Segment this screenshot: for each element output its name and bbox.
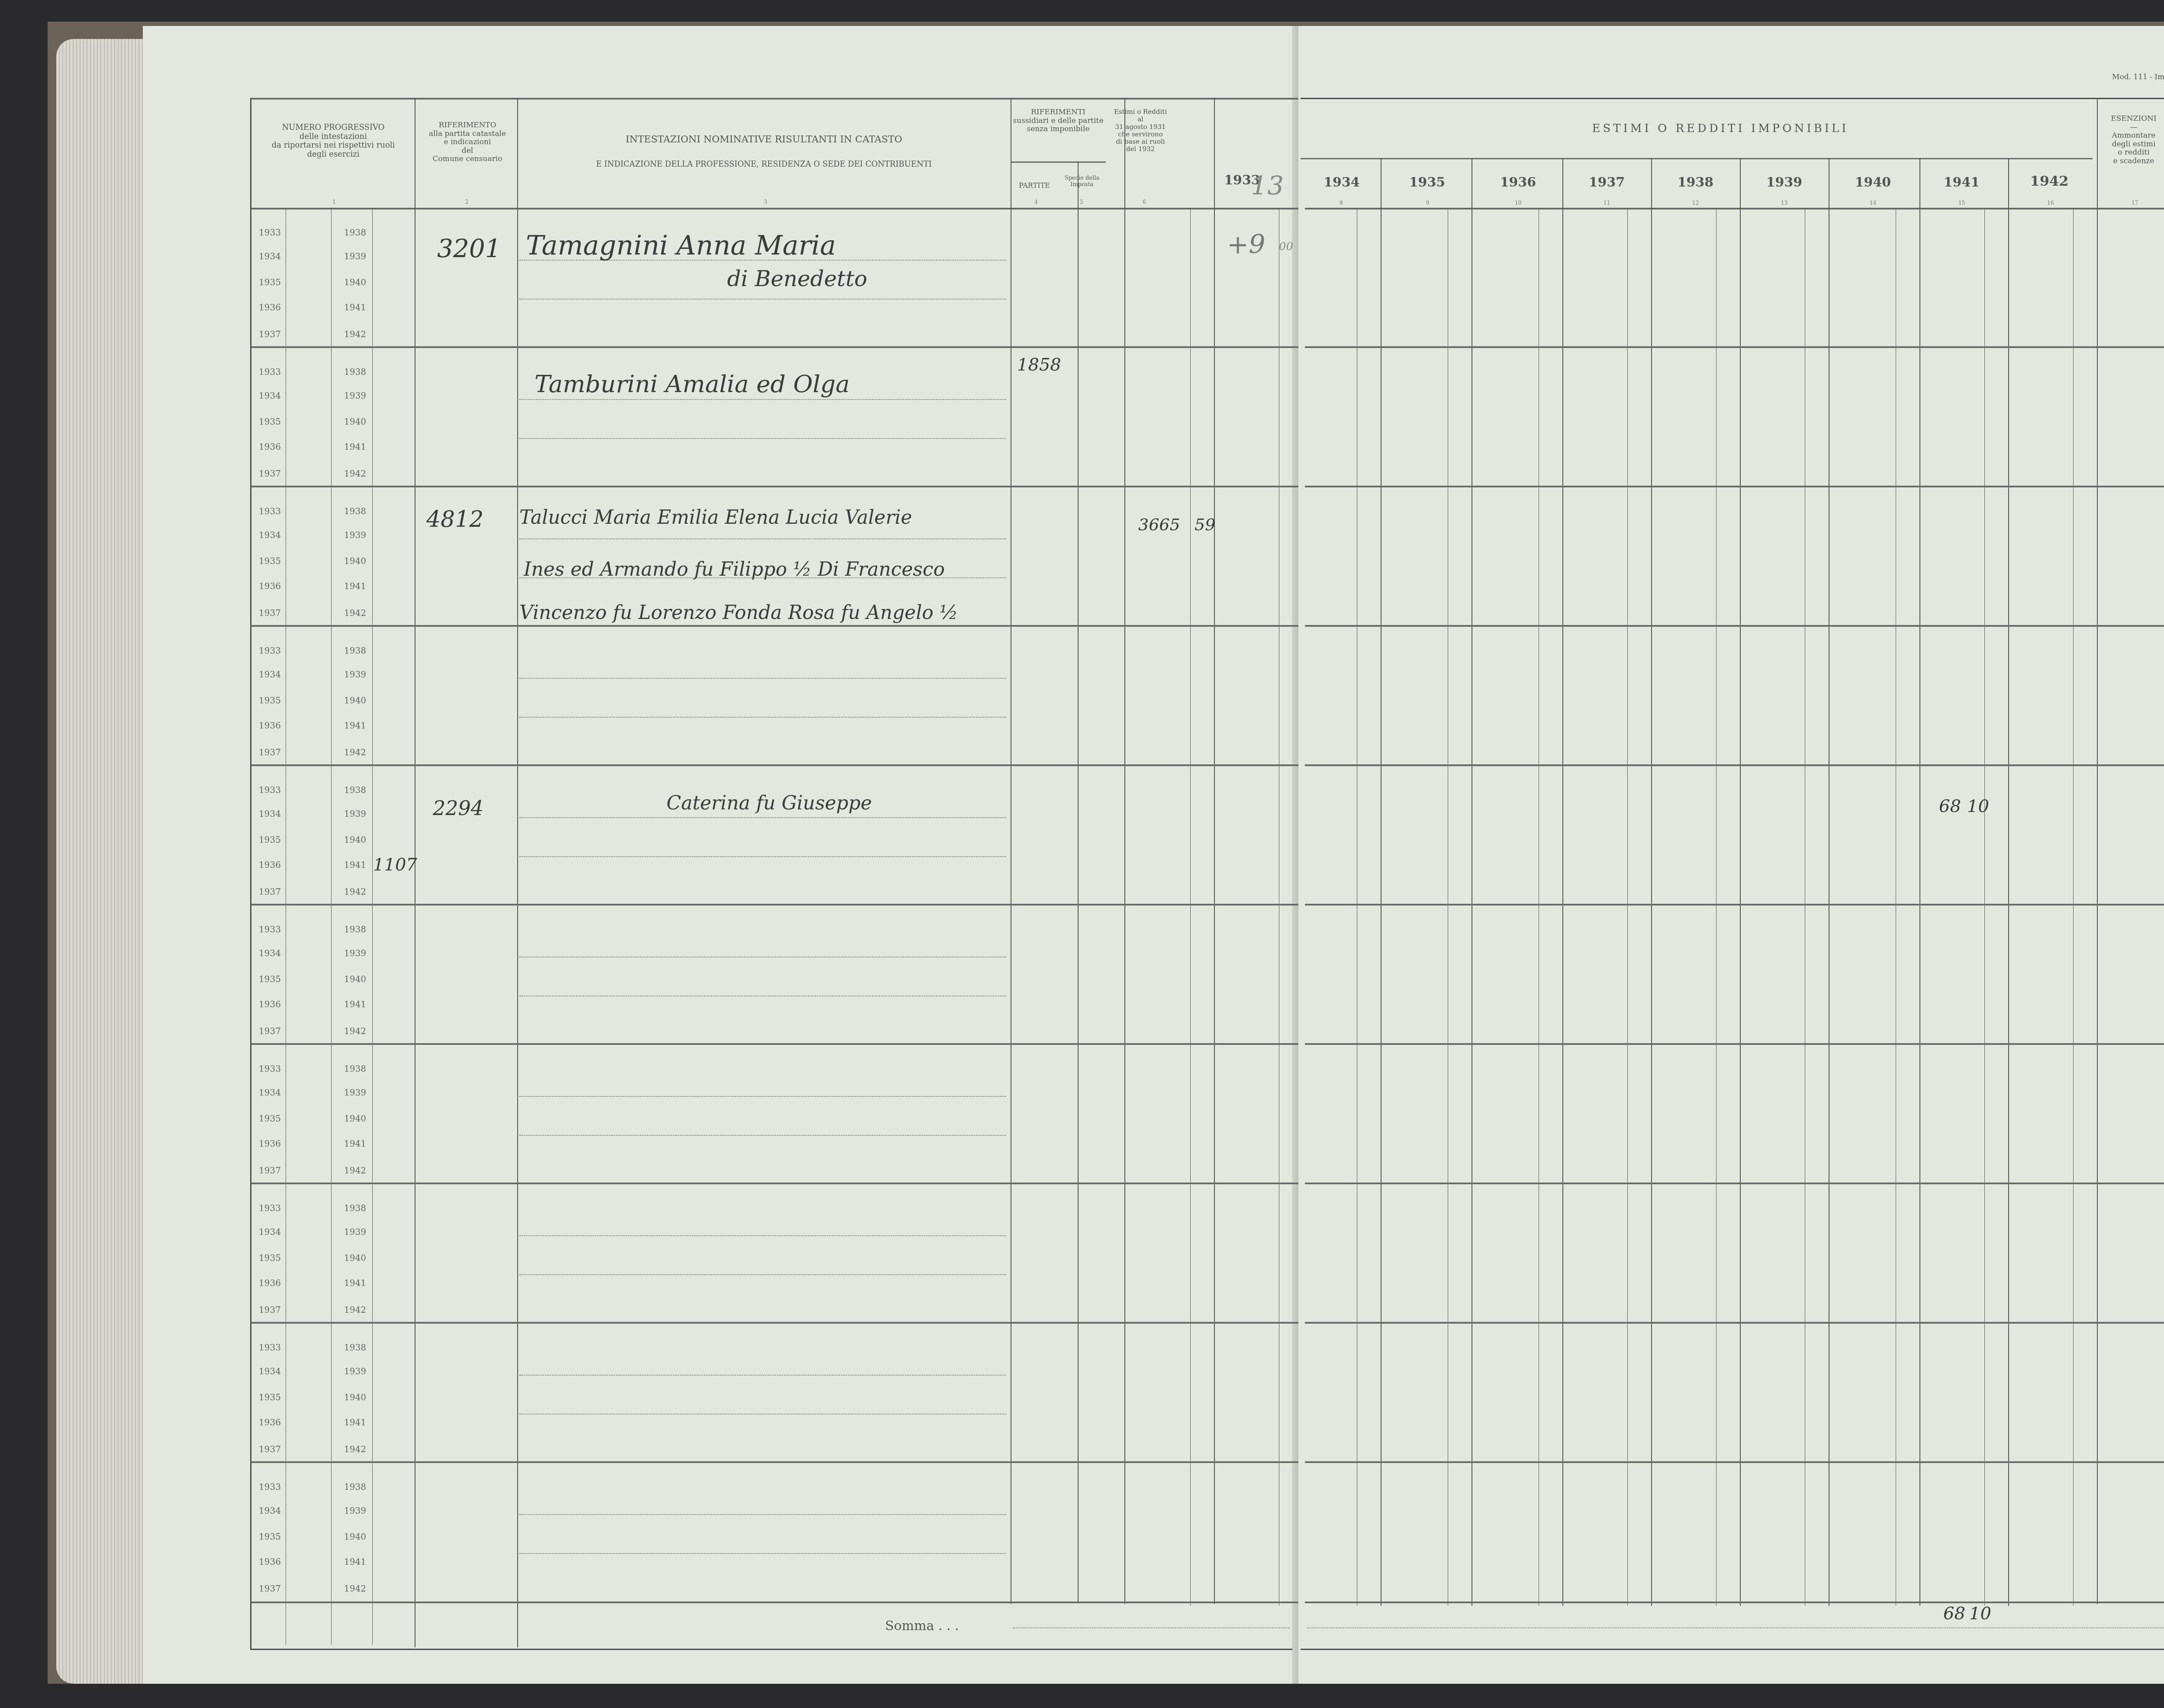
esenzioni-sub: degli estimi [2095, 140, 2164, 149]
year-label: 1937 [259, 1444, 281, 1454]
entry-5-name: Caterina fu Giuseppe [667, 792, 872, 814]
year-label: 1935 [259, 835, 281, 845]
group-divider [1301, 158, 2093, 159]
col-divider [1716, 208, 1716, 1606]
block-rule [1305, 486, 2164, 487]
col3-header: INTESTAZIONI NOMINATIVE RISULTANTI IN CA… [519, 134, 1008, 169]
year-label: 1941 [344, 302, 366, 313]
year-label: 1940 [344, 1392, 366, 1402]
year-label: 1933 [259, 1203, 281, 1213]
entry-3-estimo-1932-cents: 59 [1195, 515, 1215, 534]
col1-sub: delle intestazioni [253, 132, 413, 142]
header-bottom-rule [1305, 208, 2164, 209]
year-label: 1935 [259, 416, 281, 427]
year-label: 1934 [259, 1227, 281, 1237]
col-divider [2008, 158, 2009, 1606]
somma-line-right [1307, 1627, 2164, 1629]
year-label: 1936 [259, 999, 281, 1009]
somma-line [1013, 1627, 1290, 1629]
year-label: 1933 [259, 924, 281, 935]
year-label: 1938 [344, 1063, 366, 1074]
year-label: 1939 [344, 251, 366, 261]
block-rule [251, 625, 1298, 627]
col1-title: NUMERO PROGRESSIVO [253, 123, 413, 132]
year-label: 1933 [259, 506, 281, 516]
year-label: 1938 [344, 367, 366, 377]
entry-3-name-line-1: Talucci Maria Emilia Elena Lucia Valerie [519, 506, 912, 529]
entry-2-name: Tamburini Amalia ed Olga [535, 370, 850, 398]
col2-header: RIFERIMENTO alla partita catastale e ind… [418, 121, 517, 164]
header-bottom-rule [251, 208, 1298, 209]
col-divider [1190, 208, 1191, 1606]
year-label: 1937 [259, 747, 281, 757]
year-label: 1940 [344, 1531, 366, 1542]
col4-number: 4 [1034, 199, 1038, 205]
year-label: 1938 [344, 1482, 366, 1492]
col-divider [1214, 98, 1215, 1604]
col-divider [2073, 208, 2074, 1606]
year-label: 1937 [259, 468, 281, 479]
block-rule [1305, 1602, 2164, 1603]
esenzioni-sub: e scadenze [2095, 157, 2164, 166]
year-label: 1936 [259, 302, 281, 313]
year-label: 1942 [344, 1165, 366, 1176]
col5-header: Specie della Imposta [1060, 175, 1104, 188]
year-label: 1934 [259, 1366, 281, 1376]
year-label: 1933 [259, 785, 281, 795]
col2-sub: Comune censuario [418, 155, 517, 164]
year-col-1935: 1935 [1383, 175, 1472, 190]
year-label: 1938 [344, 227, 366, 238]
year-col-1938: 1938 [1651, 175, 1740, 190]
col-divider [2097, 98, 2098, 1604]
year-label: 1935 [259, 1113, 281, 1124]
year-col-1940: 1940 [1829, 175, 1917, 190]
name-line [519, 399, 1006, 401]
year-label: 1939 [344, 948, 366, 958]
year-label: 1934 [259, 530, 281, 540]
esenzioni-sub: Ammontare [2095, 132, 2164, 140]
block-rule [1305, 625, 2164, 627]
name-line [519, 1274, 1006, 1276]
year-label: 1933 [259, 227, 281, 238]
block-rule [251, 1461, 1298, 1463]
year-label: 1933 [259, 1482, 281, 1492]
name-line [519, 1235, 1006, 1237]
col-divider [1124, 98, 1125, 1604]
year-label: 1936 [259, 1138, 281, 1149]
col1-number: 1 [332, 199, 336, 205]
somma-label: Somma . . . [885, 1619, 959, 1634]
year-label: 1939 [344, 669, 366, 680]
esenzioni-header: ESENZIONI — Ammontare degli estimi o red… [2095, 115, 2164, 165]
col-number: 11 [1604, 200, 1610, 206]
col6-sub: al [1108, 116, 1173, 123]
year-label: 1939 [344, 1227, 366, 1237]
year-label: 1934 [259, 1087, 281, 1098]
year-label: 1938 [344, 924, 366, 935]
entry-1-partita: 3201 [437, 234, 501, 263]
year-label: 1938 [344, 1203, 366, 1213]
year-label: 1936 [259, 1557, 281, 1567]
year-label: 1941 [344, 1138, 366, 1149]
block-rule [251, 486, 1298, 487]
entry-2-partite-ref: 1858 [1017, 355, 1061, 375]
year-label: 1936 [259, 1278, 281, 1288]
entry-3-estimo-1932: 3665 [1138, 515, 1180, 534]
col-number: 15 [1958, 200, 1965, 206]
col-divider [1562, 158, 1563, 1606]
col6-sub: del 1932 [1108, 145, 1173, 153]
col-number: 10 [1515, 200, 1521, 206]
year-label: 1942 [344, 468, 366, 479]
year-label: 1935 [259, 1253, 281, 1263]
year-label: 1942 [344, 1305, 366, 1315]
year-label: 1942 [344, 329, 366, 339]
name-line [519, 957, 1006, 958]
year-label: 1938 [344, 1342, 366, 1353]
year-label: 1933 [259, 1342, 281, 1353]
block-rule [251, 346, 1298, 348]
name-line [519, 717, 1006, 719]
year-label: 1939 [344, 530, 366, 540]
col6-title: Estimi o Redditi [1108, 108, 1173, 116]
name-line [519, 1414, 1006, 1415]
year-col-1939: 1939 [1740, 175, 1829, 190]
year-label: 1938 [344, 506, 366, 516]
year-label: 1940 [344, 277, 366, 287]
year-label: 1933 [259, 645, 281, 656]
col-divider [1448, 208, 1448, 1606]
col-divider [1472, 158, 1472, 1606]
col-divider [1651, 158, 1652, 1606]
form-code: Mod. 111 - Imposte Dirette (Intercalare)… [2112, 73, 2164, 81]
somma-value-1941: 68 [1943, 1604, 1965, 1624]
year-label: 1934 [259, 809, 281, 819]
year-label: 1940 [344, 1113, 366, 1124]
col-divider [517, 98, 518, 1647]
col-number: 14 [1870, 200, 1876, 206]
block-rule [251, 1322, 1298, 1324]
esenzioni-dash: — [2095, 123, 2164, 132]
year-label: 1942 [344, 1026, 366, 1036]
col45-title: RIFERIMENTI [1011, 108, 1106, 117]
name-line [519, 1135, 1006, 1137]
block-rule [251, 1043, 1298, 1045]
year-label: 1938 [344, 785, 366, 795]
col-number: 17 [2132, 200, 2138, 206]
year-label: 1941 [344, 442, 366, 452]
entry-3-name-line-2: Ines ed Armando fu Filippo ½ Di Francesc… [524, 558, 945, 580]
col2-title: RIFERIMENTO [418, 121, 517, 130]
name-line [519, 996, 1006, 997]
year-label: 1939 [344, 1366, 366, 1376]
col-divider [1740, 158, 1741, 1606]
year-label: 1940 [344, 416, 366, 427]
year-label: 1934 [259, 251, 281, 261]
year-label: 1940 [344, 695, 366, 706]
year-label: 1937 [259, 886, 281, 897]
somma-value-1941-cents: 10 [1969, 1604, 1991, 1624]
year-label: 1937 [259, 329, 281, 339]
col2-number: 2 [465, 199, 469, 205]
col-divider [1011, 98, 1011, 1604]
col3-number: 3 [764, 199, 767, 205]
col45-header: RIFERIMENTI sussidiari e delle partite s… [1011, 108, 1106, 134]
year-label: 1935 [259, 277, 281, 287]
col6-sub: di base ai ruoli [1108, 138, 1173, 145]
col-divider [1896, 208, 1896, 1606]
year-label: 1942 [344, 747, 366, 757]
right-ledger-table [1301, 98, 2164, 1650]
col2-sub: alla partita catastale [418, 130, 517, 139]
year-label: 1941 [344, 999, 366, 1009]
block-rule [251, 764, 1298, 766]
year-label: 1940 [344, 835, 366, 845]
header-divider [1011, 161, 1106, 163]
block-rule [251, 1183, 1298, 1184]
col45-sub: senza imponibile [1011, 125, 1106, 134]
col45-sub: sussidiari e delle partite [1011, 117, 1106, 126]
col-divider [372, 208, 373, 1645]
form-code-text: Mod. 111 - Imposte Dirette [2112, 73, 2164, 81]
year-col-1942: 1942 [2006, 173, 2093, 189]
year-label: 1936 [259, 442, 281, 452]
name-line [519, 1553, 1006, 1555]
col6-number: 6 [1143, 199, 1146, 205]
group-title: ESTIMI O REDDITI IMPONIBILI [1342, 122, 2099, 135]
year-label: 1935 [259, 695, 281, 706]
block-rule [1305, 346, 2164, 348]
col-number: 16 [2047, 200, 2054, 206]
entry-1-name-line-2: di Benedetto [727, 266, 867, 291]
entry-1-value-1933-cents: 00 [1279, 240, 1293, 253]
year-label: 1934 [259, 669, 281, 680]
year-label: 1933 [259, 1063, 281, 1074]
entry-1-name-line-1: Tamagnini Anna Maria [526, 229, 836, 261]
col-number: 13 [1781, 200, 1787, 206]
esenzioni-title: ESENZIONI [2095, 115, 2164, 123]
col6-sub: 31 agosto 1931 [1108, 123, 1173, 131]
block-rule [1305, 904, 2164, 906]
year-label: 1936 [259, 860, 281, 870]
year-label: 1942 [344, 1583, 366, 1594]
year-label: 1939 [344, 809, 366, 819]
col-divider [1984, 208, 1985, 1606]
col6-sub: che servirono [1108, 131, 1173, 138]
block-rule [251, 904, 1298, 906]
year-col-1934: 1934 [1303, 175, 1381, 190]
year-label: 1933 [259, 367, 281, 377]
col-divider [1919, 158, 1920, 1606]
year-label: 1937 [259, 1583, 281, 1594]
esenzioni-sub: o redditi [2095, 148, 2164, 157]
year-label: 1939 [344, 1087, 366, 1098]
col-divider [331, 208, 332, 1645]
name-line [519, 1514, 1006, 1516]
year-label: 1941 [344, 1278, 366, 1288]
year-label: 1941 [344, 720, 366, 731]
block-rule [1305, 1461, 2164, 1463]
year-label: 1942 [344, 1444, 366, 1454]
col-number: 12 [1692, 200, 1699, 206]
entry-5-value-1941-cents: 10 [1967, 796, 1989, 816]
year-label: 1935 [259, 1392, 281, 1402]
col-number: 8 [1340, 200, 1343, 206]
col-divider [286, 208, 286, 1645]
year-label: 1935 [259, 974, 281, 984]
year-label: 1941 [344, 860, 366, 870]
year-col-1936: 1936 [1474, 175, 1562, 190]
col-divider [1805, 208, 1805, 1606]
year-label: 1941 [344, 1557, 366, 1567]
col7-annotation: 13 [1251, 171, 1284, 201]
year-col-1937: 1937 [1562, 175, 1651, 190]
col-divider [1279, 208, 1279, 1606]
year-label: 1937 [259, 1026, 281, 1036]
entry-5-partita: 2294 [433, 796, 483, 820]
col-number: 9 [1426, 200, 1430, 206]
year-label: 1940 [344, 1253, 366, 1263]
entry-3-name-line-3: Vincenzo fu Lorenzo Fonda Rosa fu Angelo… [519, 602, 958, 624]
col6-header: Estimi o Redditi al 31 agosto 1931 che s… [1108, 108, 1173, 153]
col-divider [1381, 158, 1381, 1606]
year-label: 1936 [259, 581, 281, 591]
year-label: 1936 [259, 720, 281, 731]
col2-sub: e indicazioni [418, 138, 517, 147]
col-divider [1539, 208, 1539, 1606]
block-rule [1305, 1043, 2164, 1045]
col1-sub: da riportarsi nei rispettivi ruoli [253, 141, 413, 150]
year-label: 1939 [344, 1505, 366, 1516]
entry-5-value-1941: 68 [1939, 796, 1961, 816]
year-label: 1942 [344, 608, 366, 618]
year-col-1941: 1941 [1917, 175, 2006, 190]
year-label: 1940 [344, 556, 366, 566]
col-divider [1627, 208, 1628, 1606]
col4-header: PARTITE [1011, 182, 1058, 190]
year-label: 1936 [259, 1417, 281, 1428]
year-label: 1941 [344, 1417, 366, 1428]
col1-header: NUMERO PROGRESSIVO delle intestazioni da… [253, 123, 413, 159]
block-rule [251, 1602, 1298, 1603]
col5-number: 5 [1080, 199, 1083, 205]
name-line [519, 538, 1006, 540]
block-rule [1305, 1183, 2164, 1184]
name-line [519, 438, 1006, 440]
year-label: 1935 [259, 1531, 281, 1542]
year-label: 1940 [344, 974, 366, 984]
year-label: 1934 [259, 948, 281, 958]
entry-5-side-note: 1107 [373, 855, 417, 875]
entry-3-partita: 4812 [426, 506, 483, 532]
col3-sub: E INDICAZIONE DELLA PROFESSIONE, RESIDEN… [519, 160, 1008, 169]
col1-sub: degli esercizi [253, 150, 413, 159]
col3-title: INTESTAZIONI NOMINATIVE RISULTANTI IN CA… [519, 134, 1008, 145]
col-divider [1829, 158, 1829, 1606]
year-label: 1937 [259, 1305, 281, 1315]
year-label: 1942 [344, 886, 366, 897]
col-divider [1078, 161, 1079, 1603]
name-line [519, 817, 1006, 819]
year-label: 1937 [259, 1165, 281, 1176]
page-stack-left [56, 39, 156, 1684]
name-line [519, 1096, 1006, 1098]
block-rule [1305, 764, 2164, 766]
year-label: 1935 [259, 556, 281, 566]
block-rule [1305, 1322, 2164, 1324]
name-line [519, 856, 1006, 858]
year-label: 1941 [344, 581, 366, 591]
year-label: 1934 [259, 1505, 281, 1516]
name-line [519, 1375, 1006, 1376]
entry-1-value-1933: +9 [1227, 229, 1265, 260]
name-line [519, 299, 1006, 300]
name-line [519, 678, 1006, 680]
header-top-rule [251, 98, 1298, 100]
year-label: 1934 [259, 390, 281, 401]
year-label: 1939 [344, 390, 366, 401]
year-label: 1937 [259, 608, 281, 618]
col-divider [1357, 208, 1357, 1606]
col2-sub: del [418, 147, 517, 155]
year-label: 1938 [344, 645, 366, 656]
